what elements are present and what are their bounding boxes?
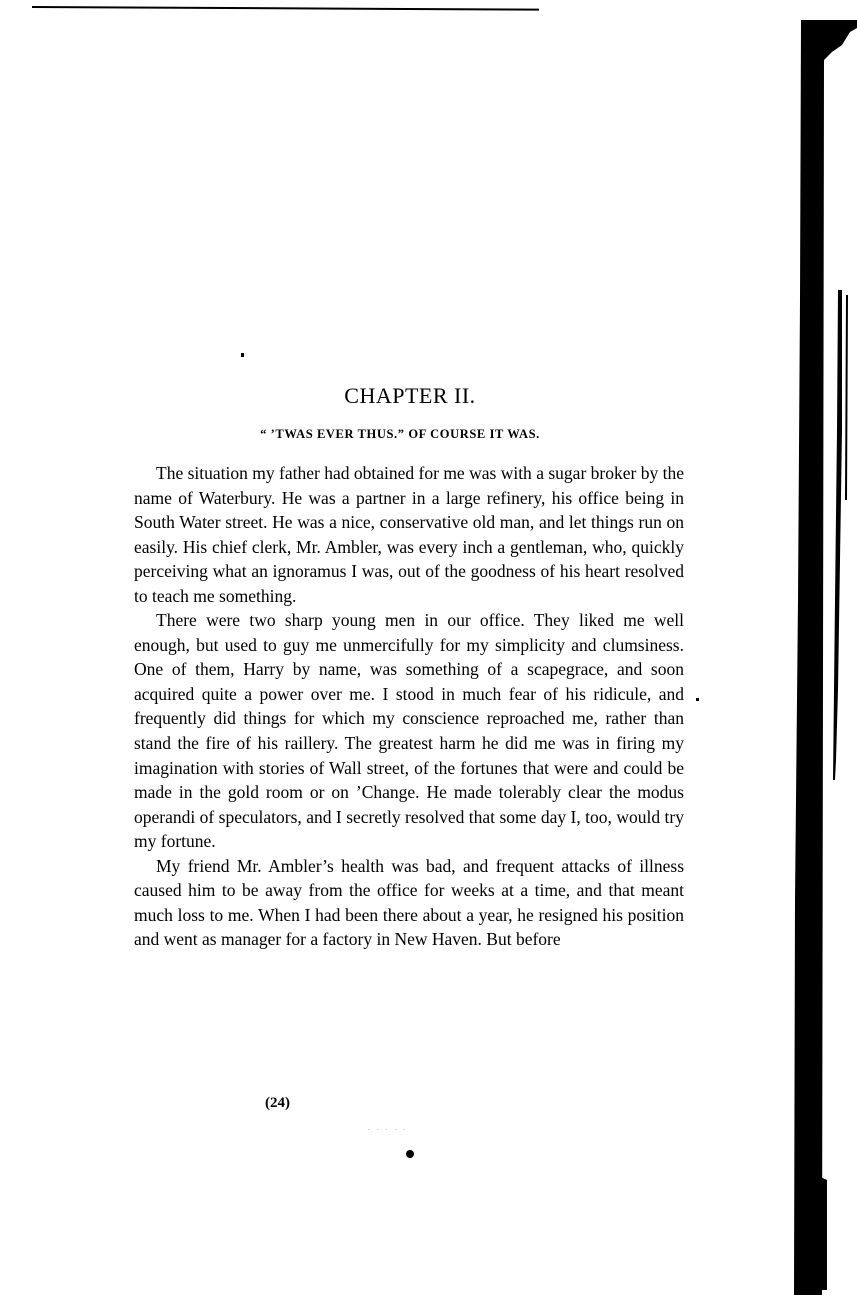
scan-speck: [696, 698, 699, 701]
scan-dots: . . . . .: [368, 1126, 409, 1132]
chapter-title-text: CHAPTER II.: [344, 383, 475, 409]
book-binding-edge: [780, 0, 857, 1295]
top-page-edge-rule: [32, 6, 539, 11]
chapter-title: CHAPTER II.: [0, 383, 820, 409]
body-text: The situation my father had obtained for…: [134, 461, 684, 952]
paragraph: My friend Mr. Ambler’s health was bad, a…: [134, 854, 684, 952]
chapter-subtitle: “ ’TWAS EVER THUS.” OF COURSE IT WAS.: [0, 427, 800, 442]
page-number: (24): [265, 1095, 290, 1112]
paragraph: The situation my father had obtained for…: [134, 461, 684, 608]
scan-speck: [241, 353, 244, 357]
ink-blot: [406, 1150, 414, 1158]
paragraph: There were two sharp young men in our of…: [134, 608, 684, 853]
